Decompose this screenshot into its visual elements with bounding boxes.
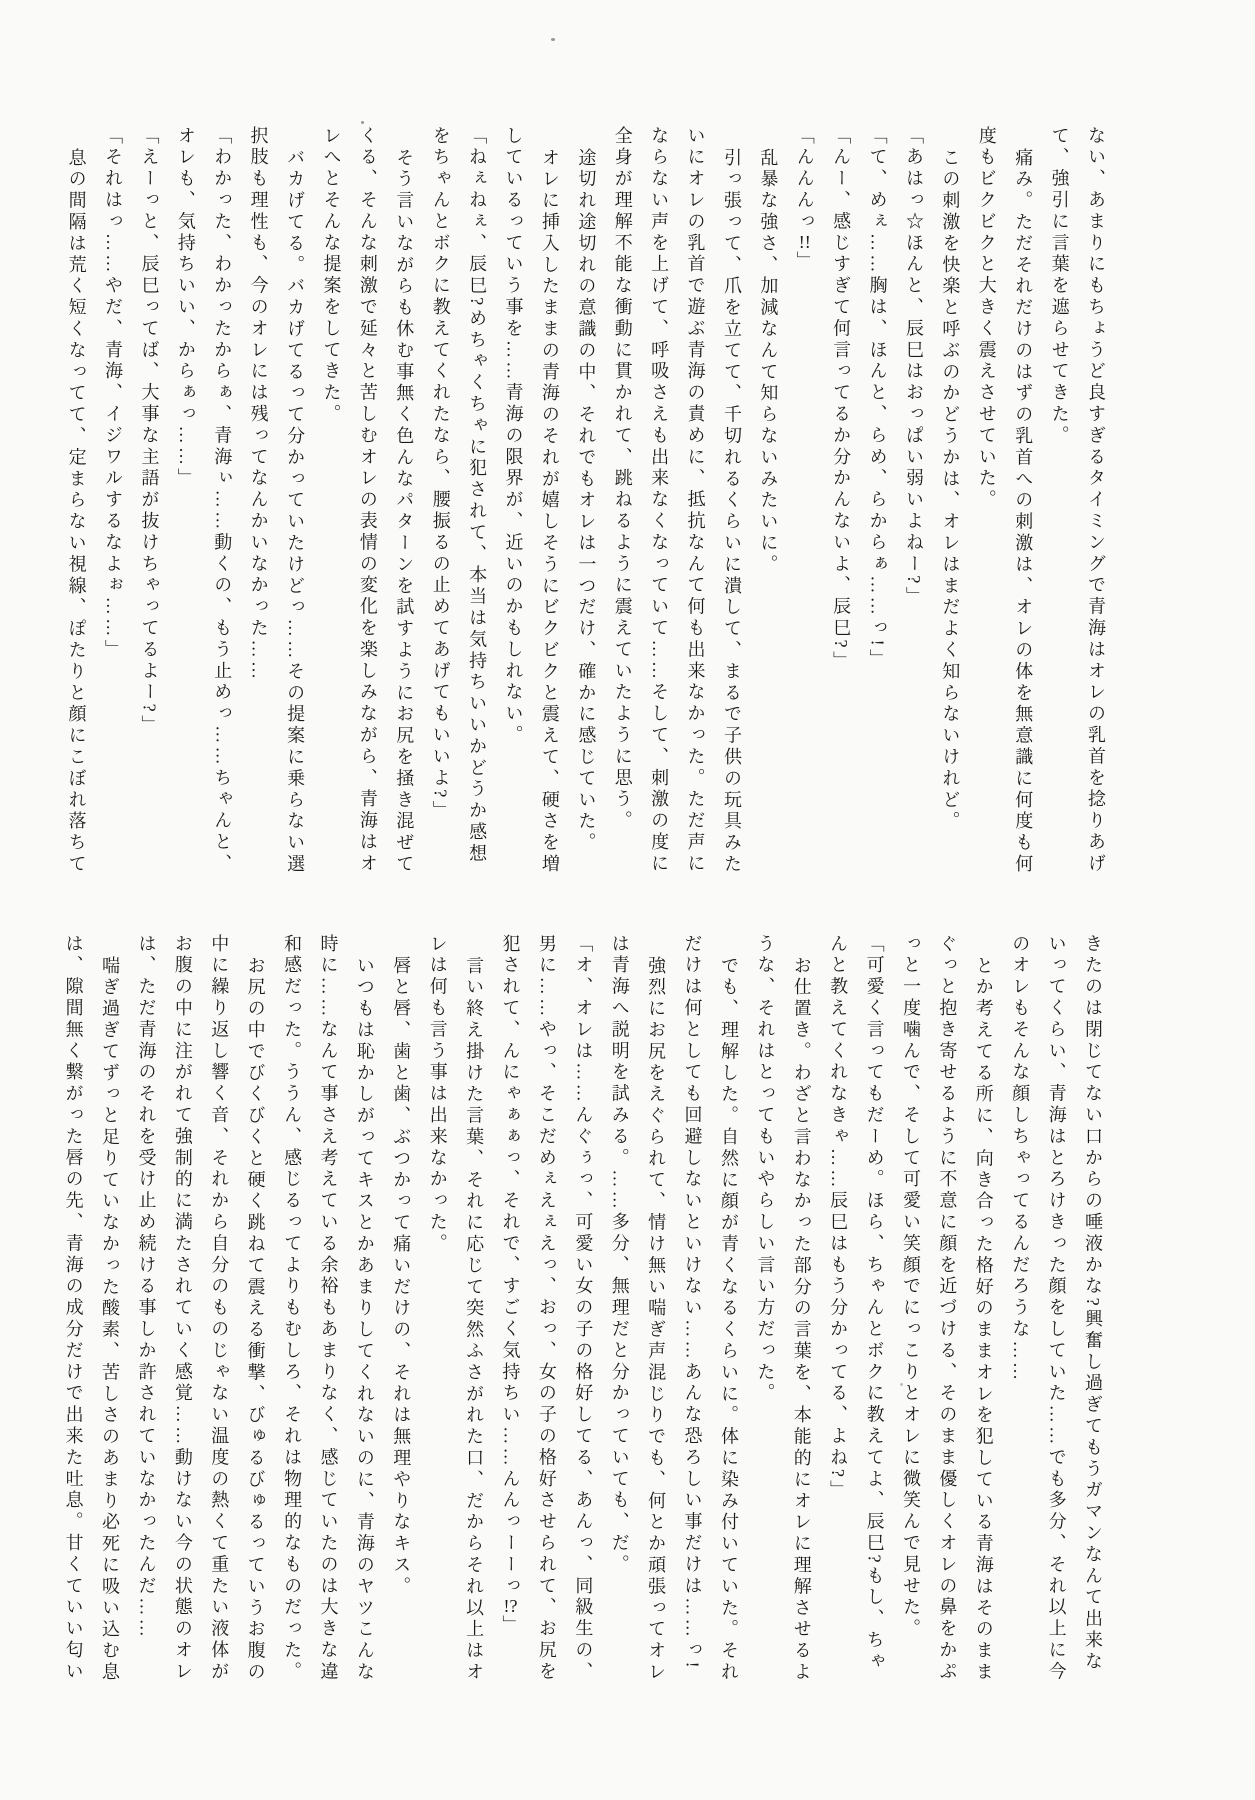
vertical-text-block-bottom: きたのは閉じてない口からの唾液かな?興奮し過ぎてもうガマンなんて出来ないってくら… [55, 934, 1111, 1686]
paragraph: 「わかった、わかったからぁ、青海ぃ……動くの、もう止めっ……ちゃんと、オレも、気… [167, 126, 240, 878]
paragraph: 喘ぎ過ぎてずっと足りていなかった酸素、苦しさのあまり必死に吸い込む息は、隙間無く… [55, 934, 128, 1686]
paragraph: 強烈にお尻をえぐられて、情け無い喘ぎ声混じりでも、何とか頑張ってオレは青海へ説明… [601, 934, 674, 1686]
paragraph: 「ねぇねぇ、辰巳?めちゃくちゃに犯されて、本当は気持ちいいかどうか感想をちゃんと… [422, 126, 495, 878]
scan-speck [900, 1383, 903, 1386]
paragraph: でも、理解した。自然に顔が青くなるくらいに。体に染み付いていた。それだけは何とし… [674, 934, 747, 1686]
paragraph: 「んんんっ!!」 [786, 126, 822, 878]
paragraph: 「オ、オレは……んぐぅっ、可愛い女の子の格好してる、あんっ、同級生の、男に……や… [492, 934, 601, 1686]
tatechuyoko-punctuation: !! [795, 233, 815, 251]
paragraph: 「えーっと、辰巳ってば、大事な主語が抜けちゃってるよー?」 [131, 126, 167, 878]
tatechuyoko-punctuation: !? [501, 1597, 521, 1615]
scan-speck [551, 38, 555, 41]
paragraph: 「て、めぇ……胸は、ほんと、らめ、らからぁ……っ!」 [859, 126, 895, 878]
paragraph: 「それはっ……やだ、青海、イジワルするなよぉ……」 [95, 126, 131, 878]
paragraph: この刺激を快楽と呼ぶのかどうかは、オレはまだよく知らないけれど。 [932, 126, 968, 878]
paragraph: 息の間隔は荒く短くなってて、定まらない視線、ぽたりと顔にこぼれ落ちて [58, 126, 94, 878]
paragraph: いつもは恥かしがってキスとかあまりしてくれないのに、青海のヤツこんな時に……なん… [274, 934, 383, 1686]
paragraph: 唇と唇、歯と歯、ぶつかって痛いだけの、それは無理やりなキス。 [383, 934, 419, 1686]
paragraph: 「んー、感じすぎて何言ってるか分かんないよ、辰巳?」 [823, 126, 859, 878]
paragraph: オレに挿入したままの青海のそれが嬉しそうにビクビクと震えて、硬さを増しているって… [495, 126, 568, 878]
paragraph: 痛み。ただそれだけのはずの乳首への刺激は、オレの体を無意識に何度も何度もビクビク… [968, 126, 1041, 878]
paragraph: 言い終え掛けた言葉、それに応じて突然ふさがれた口、だからそれ以上はオレは何も言う… [419, 934, 492, 1686]
paragraph: 乱暴な強さ、加減なんて知らないみたいに。 [750, 126, 786, 878]
scanned-page: ない、あまりにもちょうど良すぎるタイミングで青海はオレの乳首を捻りあげて、強引に… [0, 0, 1255, 1800]
paragraph: 「あはっ☆ほんと、辰巳はおっぱい弱いよねー?」 [896, 126, 932, 878]
vertical-text-block-top: ない、あまりにもちょうど良すぎるタイミングで青海はオレの乳首を捻りあげて、強引に… [58, 126, 1114, 878]
paragraph: そう言いながらも休む事無く色んなパターンを試すようにお尻を掻き混ぜてくる、そんな… [313, 126, 422, 878]
paragraph: きたのは閉じてない口からの唾液かな?興奮し過ぎてもうガマンなんて出来ないってくら… [1002, 934, 1111, 1686]
paragraph: バカげてる。バカげてるって分かっていたけどっ……その提案に乗らない選択肢も理性も… [240, 126, 313, 878]
paragraph: 途切れ途切れの意識の中、それでもオレは一つだけ、確かに感じていた。 [568, 126, 604, 878]
scan-speck [361, 121, 364, 124]
paragraph: お仕置き。わざと言わなかった部分の言葉を、本能的にオレに理解させるような、それは… [747, 934, 820, 1686]
paragraph: 引っ張って、爪を立てて、千切れるくらいに潰して、まるで子供の玩具みたいにオレの乳… [604, 126, 750, 878]
paragraph: 「可愛く言ってもだーめ。ほら、ちゃんとボクに教えてよ、辰巳?もし、ちゃんと教えて… [820, 934, 893, 1686]
paragraph: お尻の中でびくびくと硬く跳ねて震える衝撃、びゅるびゅるっていうお腹の中に繰り返し… [128, 934, 274, 1686]
paragraph: ない、あまりにもちょうど良すぎるタイミングで青海はオレの乳首を捻りあげて、強引に… [1041, 126, 1114, 878]
paragraph: とか考えてる所に、向き合った格好のままオレを犯している青海はそのままぐっと抱き寄… [893, 934, 1002, 1686]
